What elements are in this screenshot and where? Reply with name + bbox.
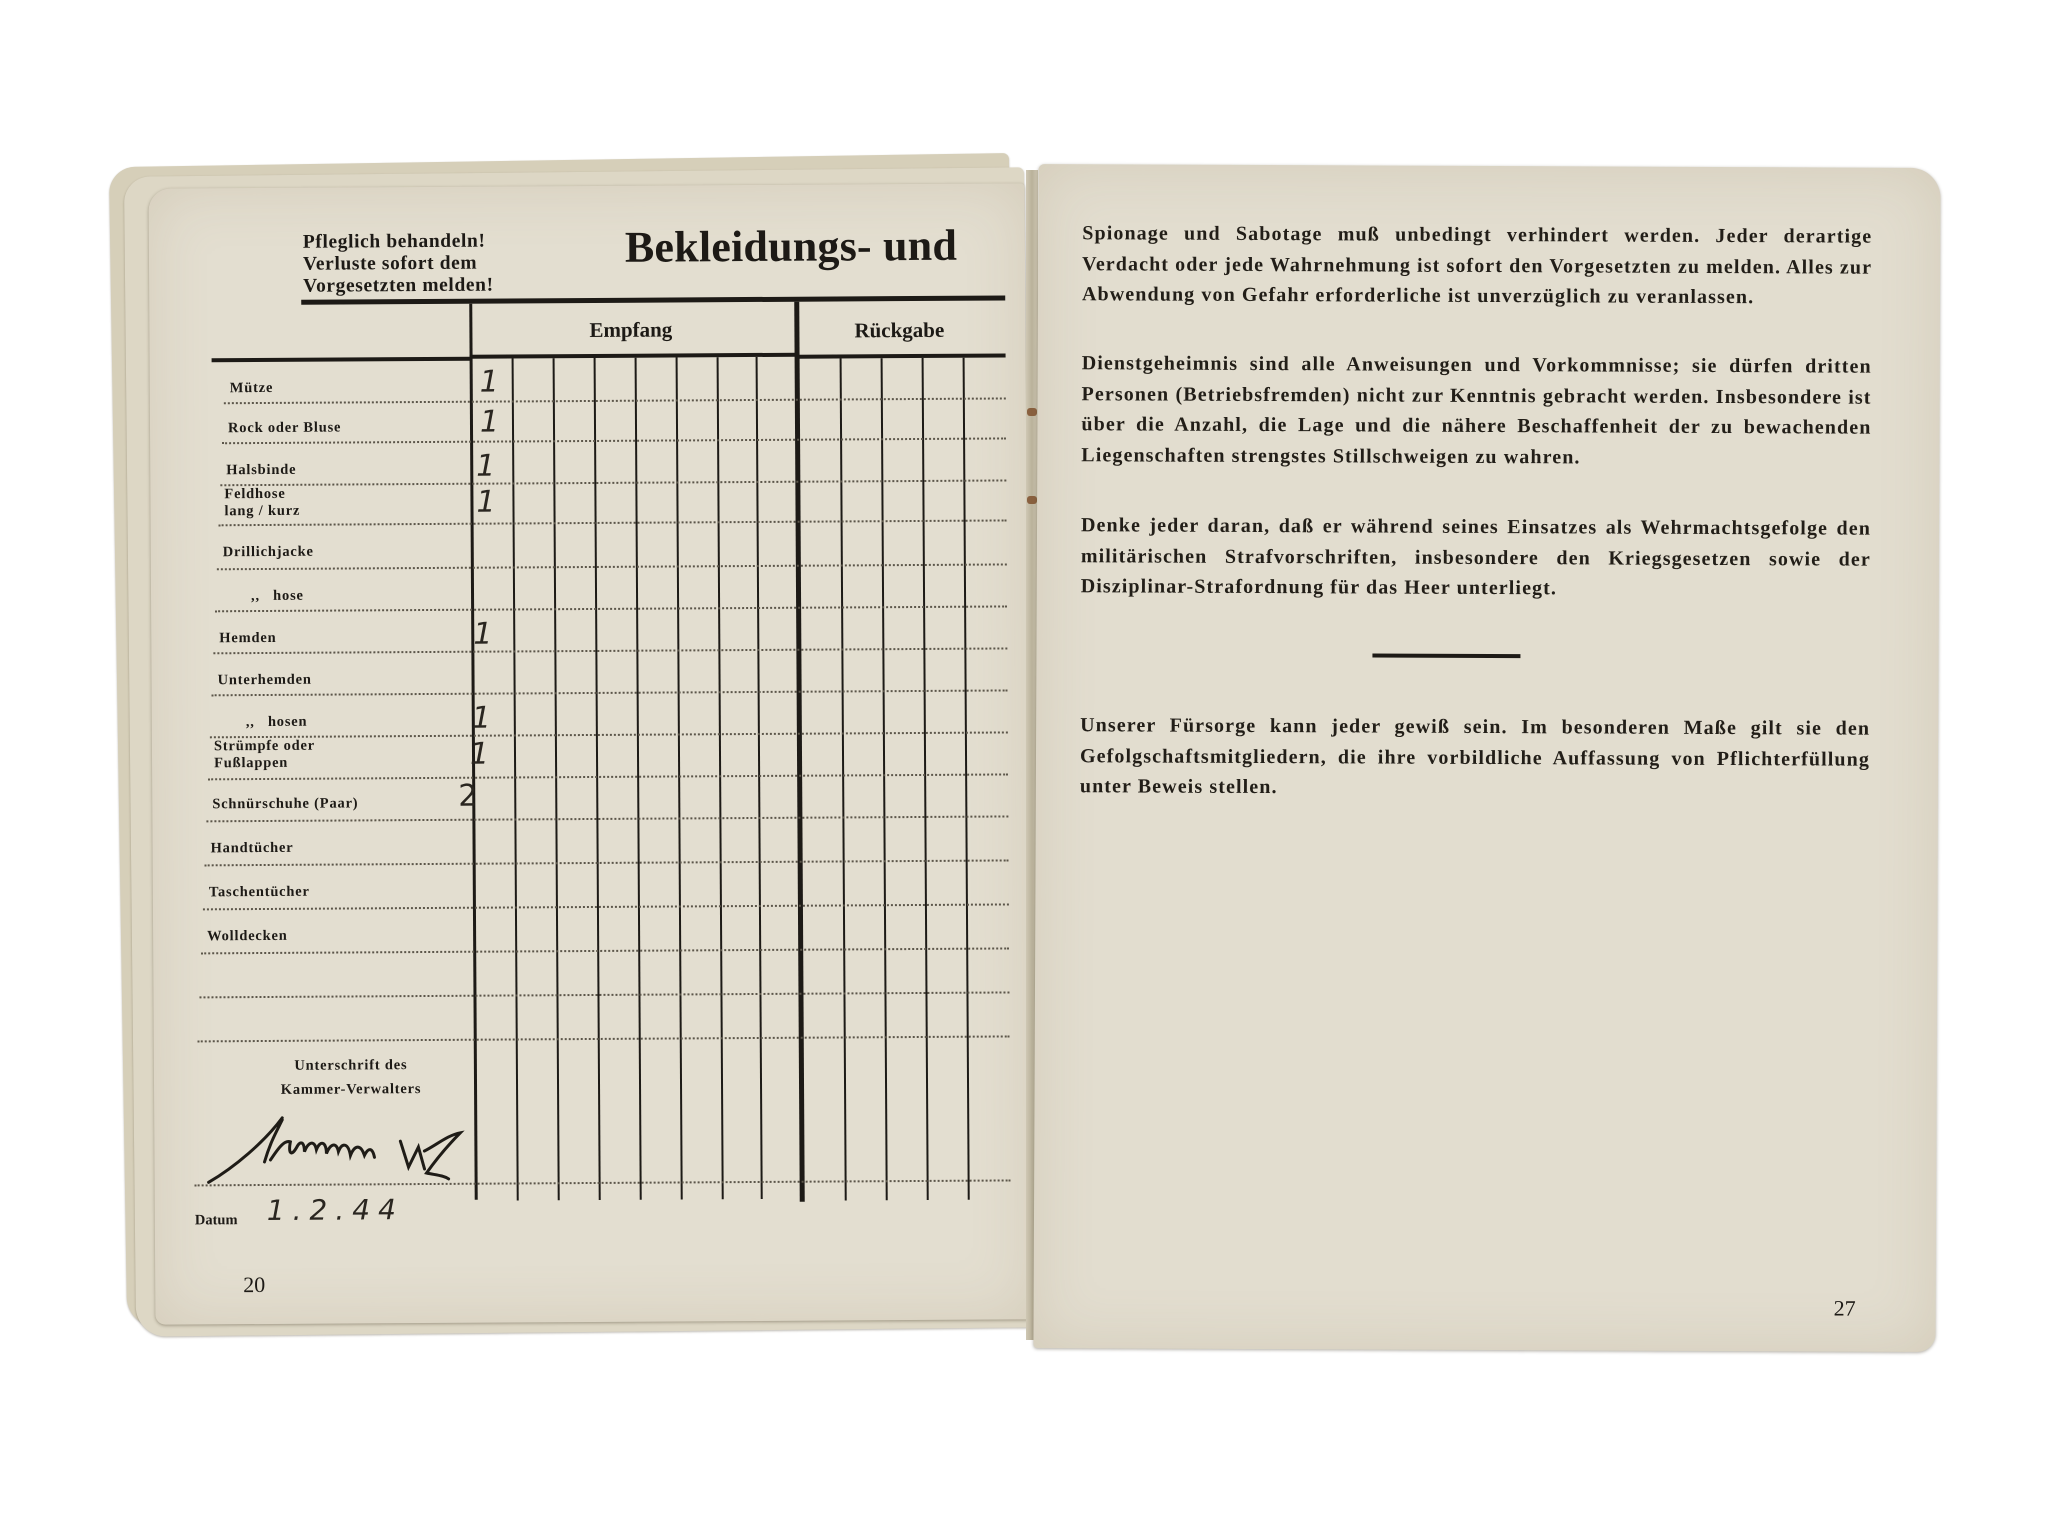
- row-dotted-line: [199, 991, 1009, 998]
- section-divider: [794, 302, 804, 1202]
- row-dotted-line: [212, 689, 1008, 696]
- empfang-subcolumn-line: [512, 358, 519, 1200]
- paragraph-espionage: Spionage und Sabotage muß unbedingt verh…: [1082, 218, 1872, 313]
- item-label: Rock oder Bluse: [228, 420, 341, 438]
- signature-label-line-2: Kammer-Verwalters: [246, 1077, 456, 1102]
- staple-rust: [1027, 408, 1037, 416]
- item-label: Wolldecken: [207, 928, 288, 945]
- confidentiality-lead: Dienstgeheimnis: [1082, 352, 1239, 375]
- empfang-quantity: 1: [480, 405, 499, 440]
- right-page: Spionage und Sabotage muß unbedingt verh…: [1033, 164, 1940, 1352]
- page-number-right: 27: [1834, 1296, 1856, 1322]
- item-label: Handtücher: [211, 840, 294, 858]
- subheader-rule-rueckgabe: [798, 353, 1006, 358]
- row-dotted-line: [208, 773, 1008, 780]
- row-dotted-line: [222, 437, 1006, 444]
- item-label: Mütze: [230, 380, 274, 397]
- paragraph-welfare: Unserer Fürsorge kann jeder gewiß sein. …: [1080, 710, 1870, 805]
- military-law-text-start: Denke jeder daran, daß er während seines…: [1081, 514, 1641, 538]
- subheader-rule-empfang: [470, 353, 798, 359]
- signature-label: Unterschrift des Kammer-Verwalters: [246, 1053, 456, 1102]
- item-label-line-1: Feldhose: [224, 486, 285, 502]
- empfang-quantity: 1: [473, 617, 492, 652]
- row-dotted-line: [220, 479, 1006, 486]
- row-dotted-line: [210, 731, 1008, 738]
- empfang-quantity: 1: [472, 701, 491, 736]
- row-dotted-line: [205, 859, 1009, 866]
- rueckgabe-subcolumn-line: [840, 358, 847, 1200]
- empfang-subcolumn-line: [676, 357, 683, 1199]
- handwritten-signature: [204, 1111, 504, 1193]
- empfang-quantity: 1: [480, 365, 499, 400]
- empfang-subcolumn-line: [635, 358, 642, 1200]
- row-dotted-line: [215, 605, 1007, 612]
- military-law-bold-term: Wehrmachtsgefolge: [1640, 517, 1828, 540]
- empfang-subcolumn-line: [553, 358, 560, 1200]
- empfang-quantity: 1: [470, 737, 489, 772]
- item-label: Feldhose lang / kurz: [224, 486, 300, 520]
- rueckgabe-subcolumn-line: [922, 358, 929, 1200]
- item-label: Unterhemden: [217, 672, 311, 690]
- item-label: ,, hose: [251, 588, 304, 605]
- item-label: Schnürschuhe (Paar): [212, 795, 358, 813]
- row-dotted-line: [224, 397, 1006, 404]
- row-dotted-line: [198, 1035, 1010, 1042]
- empfang-subcolumn-line: [756, 357, 763, 1199]
- empfang-subcolumn-line: [594, 358, 601, 1200]
- warning-line-1: Pfleglich behandeln!: [303, 231, 494, 254]
- item-label-line-1: Strümpfe oder: [214, 738, 315, 755]
- staple-rust: [1027, 496, 1037, 504]
- empfang-quantity: 1: [476, 449, 495, 484]
- empfang-header: Empfang: [589, 317, 672, 343]
- section-separator: [1372, 653, 1520, 658]
- rueckgabe-header: Rückgabe: [854, 318, 944, 344]
- empfang-subcolumn-line: [717, 357, 724, 1199]
- item-label: Drillichjacke: [223, 544, 314, 562]
- paragraph-confidentiality: Dienstgeheimnis sind alle Anweisungen un…: [1081, 348, 1872, 473]
- subheader-rule-left: [212, 357, 472, 363]
- rueckgabe-subcolumn-line: [963, 358, 970, 1200]
- item-label: Taschentücher: [209, 884, 310, 902]
- warning-line-2: Verluste sofort dem: [303, 253, 494, 276]
- item-label: Halsbinde: [226, 462, 296, 479]
- datum-label: Datum: [195, 1212, 238, 1229]
- item-label: ,, hosen: [246, 714, 308, 731]
- page-number-left: 20: [243, 1272, 265, 1298]
- signature-label-line-1: Unterschrift des: [246, 1053, 456, 1078]
- item-label: Hemden: [219, 630, 276, 647]
- warning-line-3: Vorgesetzten melden!: [303, 275, 494, 298]
- item-label-line-2: Fußlappen: [214, 755, 288, 771]
- paragraph-military-law: Denke jeder daran, daß er während seines…: [1081, 510, 1871, 605]
- page-title: Bekleidungs- und: [625, 220, 957, 273]
- empfang-quantity: 1: [476, 485, 495, 520]
- rueckgabe-subcolumn-line: [881, 358, 888, 1200]
- row-dotted-line: [219, 519, 1007, 526]
- row-dotted-line: [217, 563, 1007, 570]
- empfang-quantity: 2: [458, 779, 477, 814]
- left-page: Pfleglich behandeln! Verluste sofort dem…: [149, 183, 1032, 1324]
- item-label: Strümpfe oder Fußlappen: [214, 738, 315, 773]
- row-dotted-line: [203, 903, 1009, 910]
- row-dotted-line: [201, 947, 1009, 954]
- row-dotted-line: [206, 815, 1008, 822]
- item-label-line-2: lang / kurz: [224, 503, 300, 519]
- care-warning: Pfleglich behandeln! Verluste sofort dem…: [303, 231, 494, 298]
- datum-value: 1.2.44: [267, 1193, 404, 1227]
- row-dotted-line: [213, 647, 1007, 654]
